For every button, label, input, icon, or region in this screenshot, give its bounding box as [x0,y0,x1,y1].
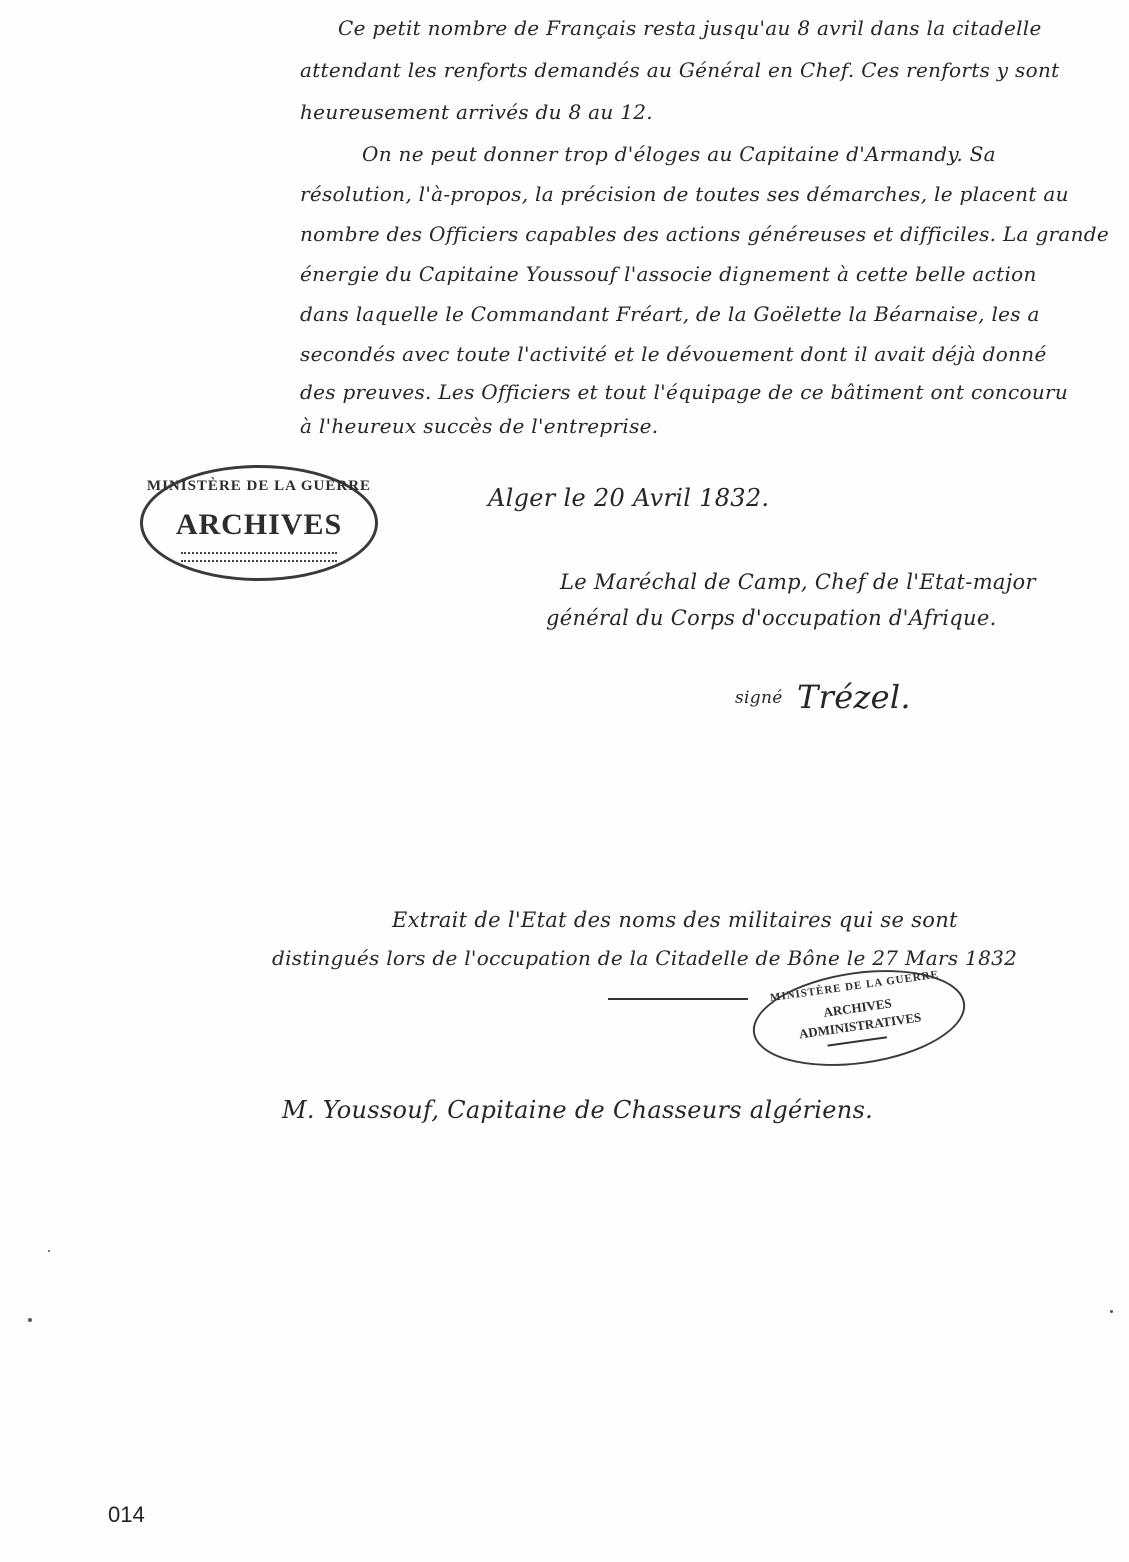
scan-speck [1110,1310,1113,1313]
stamp-center-text: ARCHIVES [143,508,375,542]
archives-stamp: MINISTÈRE DE LA GUERRE ARCHIVES [140,465,378,581]
text-line: attendant les renforts demandés au Génér… [300,58,1059,82]
scan-speck [48,1250,50,1252]
text-line: résolution, l'à-propos, la précision de … [300,182,1069,206]
text-line: Ce petit nombre de Français resta jusqu'… [338,16,1042,40]
text-line: On ne peut donner trop d'éloges au Capit… [362,142,996,166]
text-line: énergie du Capitaine Youssouf l'associe … [300,262,1037,286]
page-number: 014 [108,1502,145,1528]
text-line: Extrait de l'Etat des noms des militaire… [392,908,958,932]
text-line: à l'heureux succès de l'entreprise. [300,414,658,438]
scan-speck [28,1318,32,1322]
text-line: des preuves. Les Officiers et tout l'équ… [300,380,1068,404]
administrative-archives-stamp: MINISTÈRE DE LA GUERRE ARCHIVES ADMINIST… [747,958,972,1079]
text-line: secondés avec toute l'activité et le dév… [300,342,1047,366]
divider-rule [608,998,748,1000]
entry-line: M. Youssouf, Capitaine de Chasseurs algé… [282,1096,873,1124]
text-line: distingués lors de l'occupation de la Ci… [272,946,1017,970]
date-line: Alger le 20 Avril 1832. [488,484,769,512]
stamp-underline [827,1036,887,1046]
signature-name: Trézel. [797,678,911,716]
text-line: heureusement arrivés du 8 au 12. [300,100,653,124]
text-line: Le Maréchal de Camp, Chef de l'Etat-majo… [560,570,1036,594]
text-line: général du Corps d'occupation d'Afrique. [546,606,997,630]
text-line: dans laquelle le Commandant Fréart, de l… [300,302,1040,326]
stamp-arc-text: MINISTÈRE DE LA GUERRE [143,478,375,495]
signature-prefix: signé [735,688,783,708]
document-page: Ce petit nombre de Français resta jusqu'… [0,0,1129,1562]
text-line: nombre des Officiers capables des action… [300,222,1109,246]
laurel-icon [181,552,337,562]
